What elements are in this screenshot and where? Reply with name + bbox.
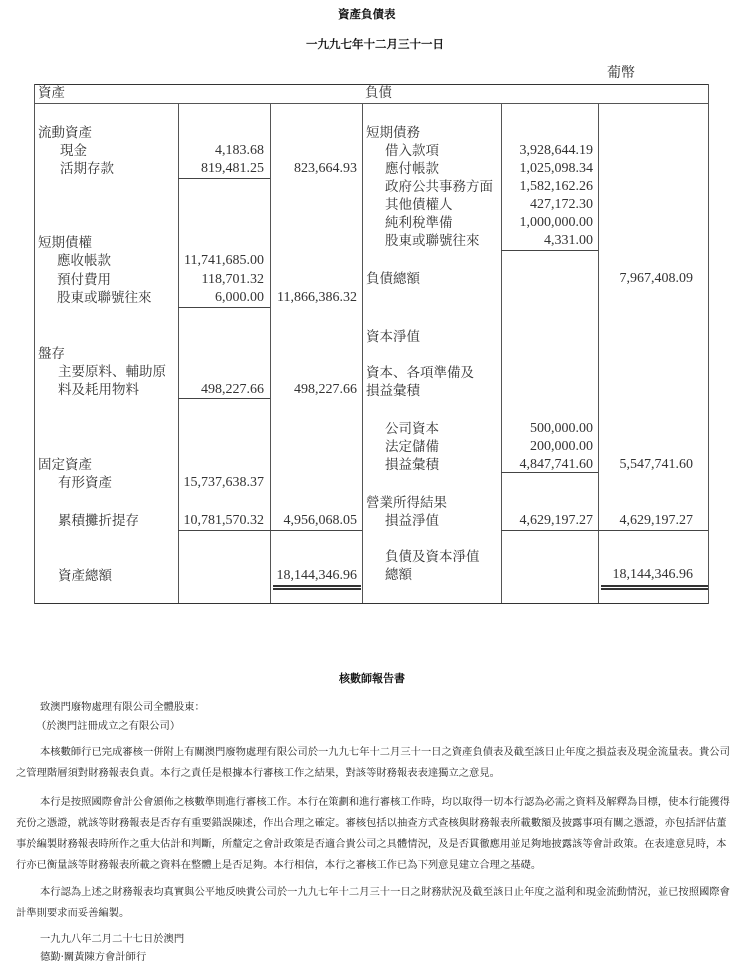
inventory-label: 盤存 bbox=[38, 345, 65, 364]
government-amount: 1,582,162.26 bbox=[501, 179, 593, 195]
company-capital-label: 公司資本 bbox=[385, 420, 439, 439]
net-profit-rule bbox=[501, 530, 708, 531]
total-assets-double-rule-2 bbox=[273, 588, 361, 590]
capital-rule bbox=[501, 472, 598, 473]
capital-reserves-line1: 資本、各項準備及 bbox=[366, 364, 474, 383]
report-signatory: 德勤‧關黃陳方會計師行 bbox=[40, 948, 146, 963]
table-right-border bbox=[708, 84, 709, 604]
prepaid-amount: 118,701.32 bbox=[178, 272, 264, 288]
retained-earnings-amount: 4,847,741.60 bbox=[501, 457, 593, 473]
borrowings-amount: 3,928,644.19 bbox=[501, 143, 593, 159]
net-profit-subtotal: 4,629,197.27 bbox=[598, 513, 693, 529]
grand-total-line1: 負債及資本淨值 bbox=[385, 548, 480, 567]
receivables-label: 短期債權 bbox=[38, 234, 92, 253]
total-assets-label: 資產總額 bbox=[58, 567, 112, 586]
inventory-item-line1: 主要原料、輔助原 bbox=[58, 363, 166, 382]
legal-reserve-label: 法定儲備 bbox=[385, 438, 439, 457]
currency-label: 葡幣 bbox=[607, 64, 635, 83]
borrowings-label: 借入款項 bbox=[385, 142, 439, 161]
center-divider bbox=[362, 103, 363, 603]
cash-label: 現金 bbox=[60, 142, 87, 161]
balance-sheet-title: 資產負債表 bbox=[338, 6, 396, 22]
capital-subtotal: 5,547,741.60 bbox=[598, 457, 693, 473]
tangible-assets-label: 有形資產 bbox=[58, 474, 112, 493]
table-bottom-border bbox=[34, 603, 709, 604]
demand-deposit-amount: 819,481.25 bbox=[178, 161, 264, 177]
total-liabilities-amount: 7,967,408.09 bbox=[598, 271, 693, 287]
total-liabilities-label: 負債總額 bbox=[366, 270, 420, 289]
shareholder-account-label: 股東或聯號往來 bbox=[57, 289, 152, 308]
current-assets-rule bbox=[178, 178, 270, 179]
liab-shareholder-account-label: 股東或聯號往來 bbox=[385, 232, 480, 251]
assets-header: 資產 bbox=[38, 84, 65, 103]
balance-sheet-date: 一九九七年十二月三十一日 bbox=[306, 36, 444, 52]
shareholder-account-amount: 6,000.00 bbox=[178, 290, 264, 306]
other-creditors-label: 其他債權人 bbox=[385, 196, 453, 215]
net-profit-label: 損益淨值 bbox=[385, 512, 439, 531]
total-assets-double-rule-1 bbox=[273, 585, 361, 587]
table-left-border bbox=[34, 84, 35, 604]
auditor-report-title: 核數師報告書 bbox=[339, 670, 405, 686]
fixed-assets-subtotal: 4,956,068.05 bbox=[270, 513, 357, 529]
inventory-item-line2: 料及耗用物料 bbox=[58, 381, 139, 400]
liab-shareholder-account-amount: 4,331.00 bbox=[501, 233, 593, 249]
inventory-amount: 498,227.66 bbox=[178, 382, 264, 398]
fixed-assets-rule bbox=[178, 530, 362, 531]
inventory-subtotal: 498,227.66 bbox=[270, 382, 357, 398]
retained-earnings-label: 損益彙積 bbox=[385, 456, 439, 475]
capital-reserves-line2: 損益彙積 bbox=[366, 382, 420, 401]
receivables-subtotal: 11,866,386.32 bbox=[270, 290, 357, 306]
accounts-receivable-amount: 11,741,685.00 bbox=[178, 253, 264, 269]
company-capital-amount: 500,000.00 bbox=[501, 421, 593, 437]
accounts-receivable-label: 應收帳款 bbox=[57, 252, 111, 271]
total-assets-amount: 18,144,346.96 bbox=[270, 568, 357, 584]
grand-total-double-rule-1 bbox=[601, 585, 708, 587]
current-assets-label: 流動資產 bbox=[38, 124, 92, 143]
grand-total-double-rule-2 bbox=[601, 588, 708, 590]
tangible-assets-amount: 15,737,638.37 bbox=[178, 475, 264, 491]
prepaid-label: 預付費用 bbox=[57, 271, 111, 290]
grand-total-line2: 總額 bbox=[385, 566, 412, 585]
government-label: 政府公共事務方面 bbox=[385, 178, 493, 197]
report-paragraph-1: 本核數師行已完成審核一併附上有關澳門廢物處理有限公司於一九九七年十二月三十一日之… bbox=[16, 742, 732, 784]
grand-total-amount: 18,144,346.96 bbox=[598, 567, 693, 583]
report-paragraph-2: 本行是按照國際會計公會頒佈之核數準則進行審核工作。本行在策劃和進行審核工作時，均… bbox=[16, 792, 732, 876]
demand-deposit-label: 活期存款 bbox=[60, 160, 114, 179]
cash-amount: 4,183.68 bbox=[178, 143, 264, 159]
report-paragraph-3: 本行認為上述之財務報表均真實與公平地反映貴公司於一九九七年十二月三十一日之財務狀… bbox=[16, 882, 732, 924]
depreciation-amount: 10,781,570.32 bbox=[178, 513, 264, 529]
operating-result-label: 營業所得結果 bbox=[366, 494, 447, 513]
profit-tax-reserve-label: 純利稅準備 bbox=[385, 214, 453, 233]
legal-reserve-amount: 200,000.00 bbox=[501, 439, 593, 455]
profit-tax-reserve-amount: 1,000,000.00 bbox=[501, 215, 593, 231]
receivables-rule bbox=[178, 307, 270, 308]
other-creditors-amount: 427,172.30 bbox=[501, 197, 593, 213]
depreciation-label: 累積攤折提存 bbox=[58, 512, 139, 531]
short-term-debts-label: 短期債務 bbox=[366, 124, 420, 143]
report-date-place: 一九九八年二月二十七日於澳門 bbox=[40, 930, 184, 945]
addressee-note: （於澳門註冊成立之有限公司） bbox=[36, 717, 180, 732]
short-term-debts-rule bbox=[501, 250, 598, 251]
addressee: 致澳門廢物處理有限公司全體股東： bbox=[40, 698, 205, 713]
net-profit-amount: 4,629,197.27 bbox=[501, 513, 593, 529]
net-worth-label: 資本淨值 bbox=[366, 328, 420, 347]
current-assets-subtotal: 823,664.93 bbox=[270, 161, 357, 177]
fixed-assets-label: 固定資產 bbox=[38, 456, 92, 475]
accounts-payable-label: 應付帳款 bbox=[385, 160, 439, 179]
liabilities-header: 負債 bbox=[365, 84, 392, 103]
header-row-border bbox=[34, 103, 709, 104]
inventory-rule bbox=[178, 398, 270, 399]
accounts-payable-amount: 1,025,098.34 bbox=[501, 161, 593, 177]
